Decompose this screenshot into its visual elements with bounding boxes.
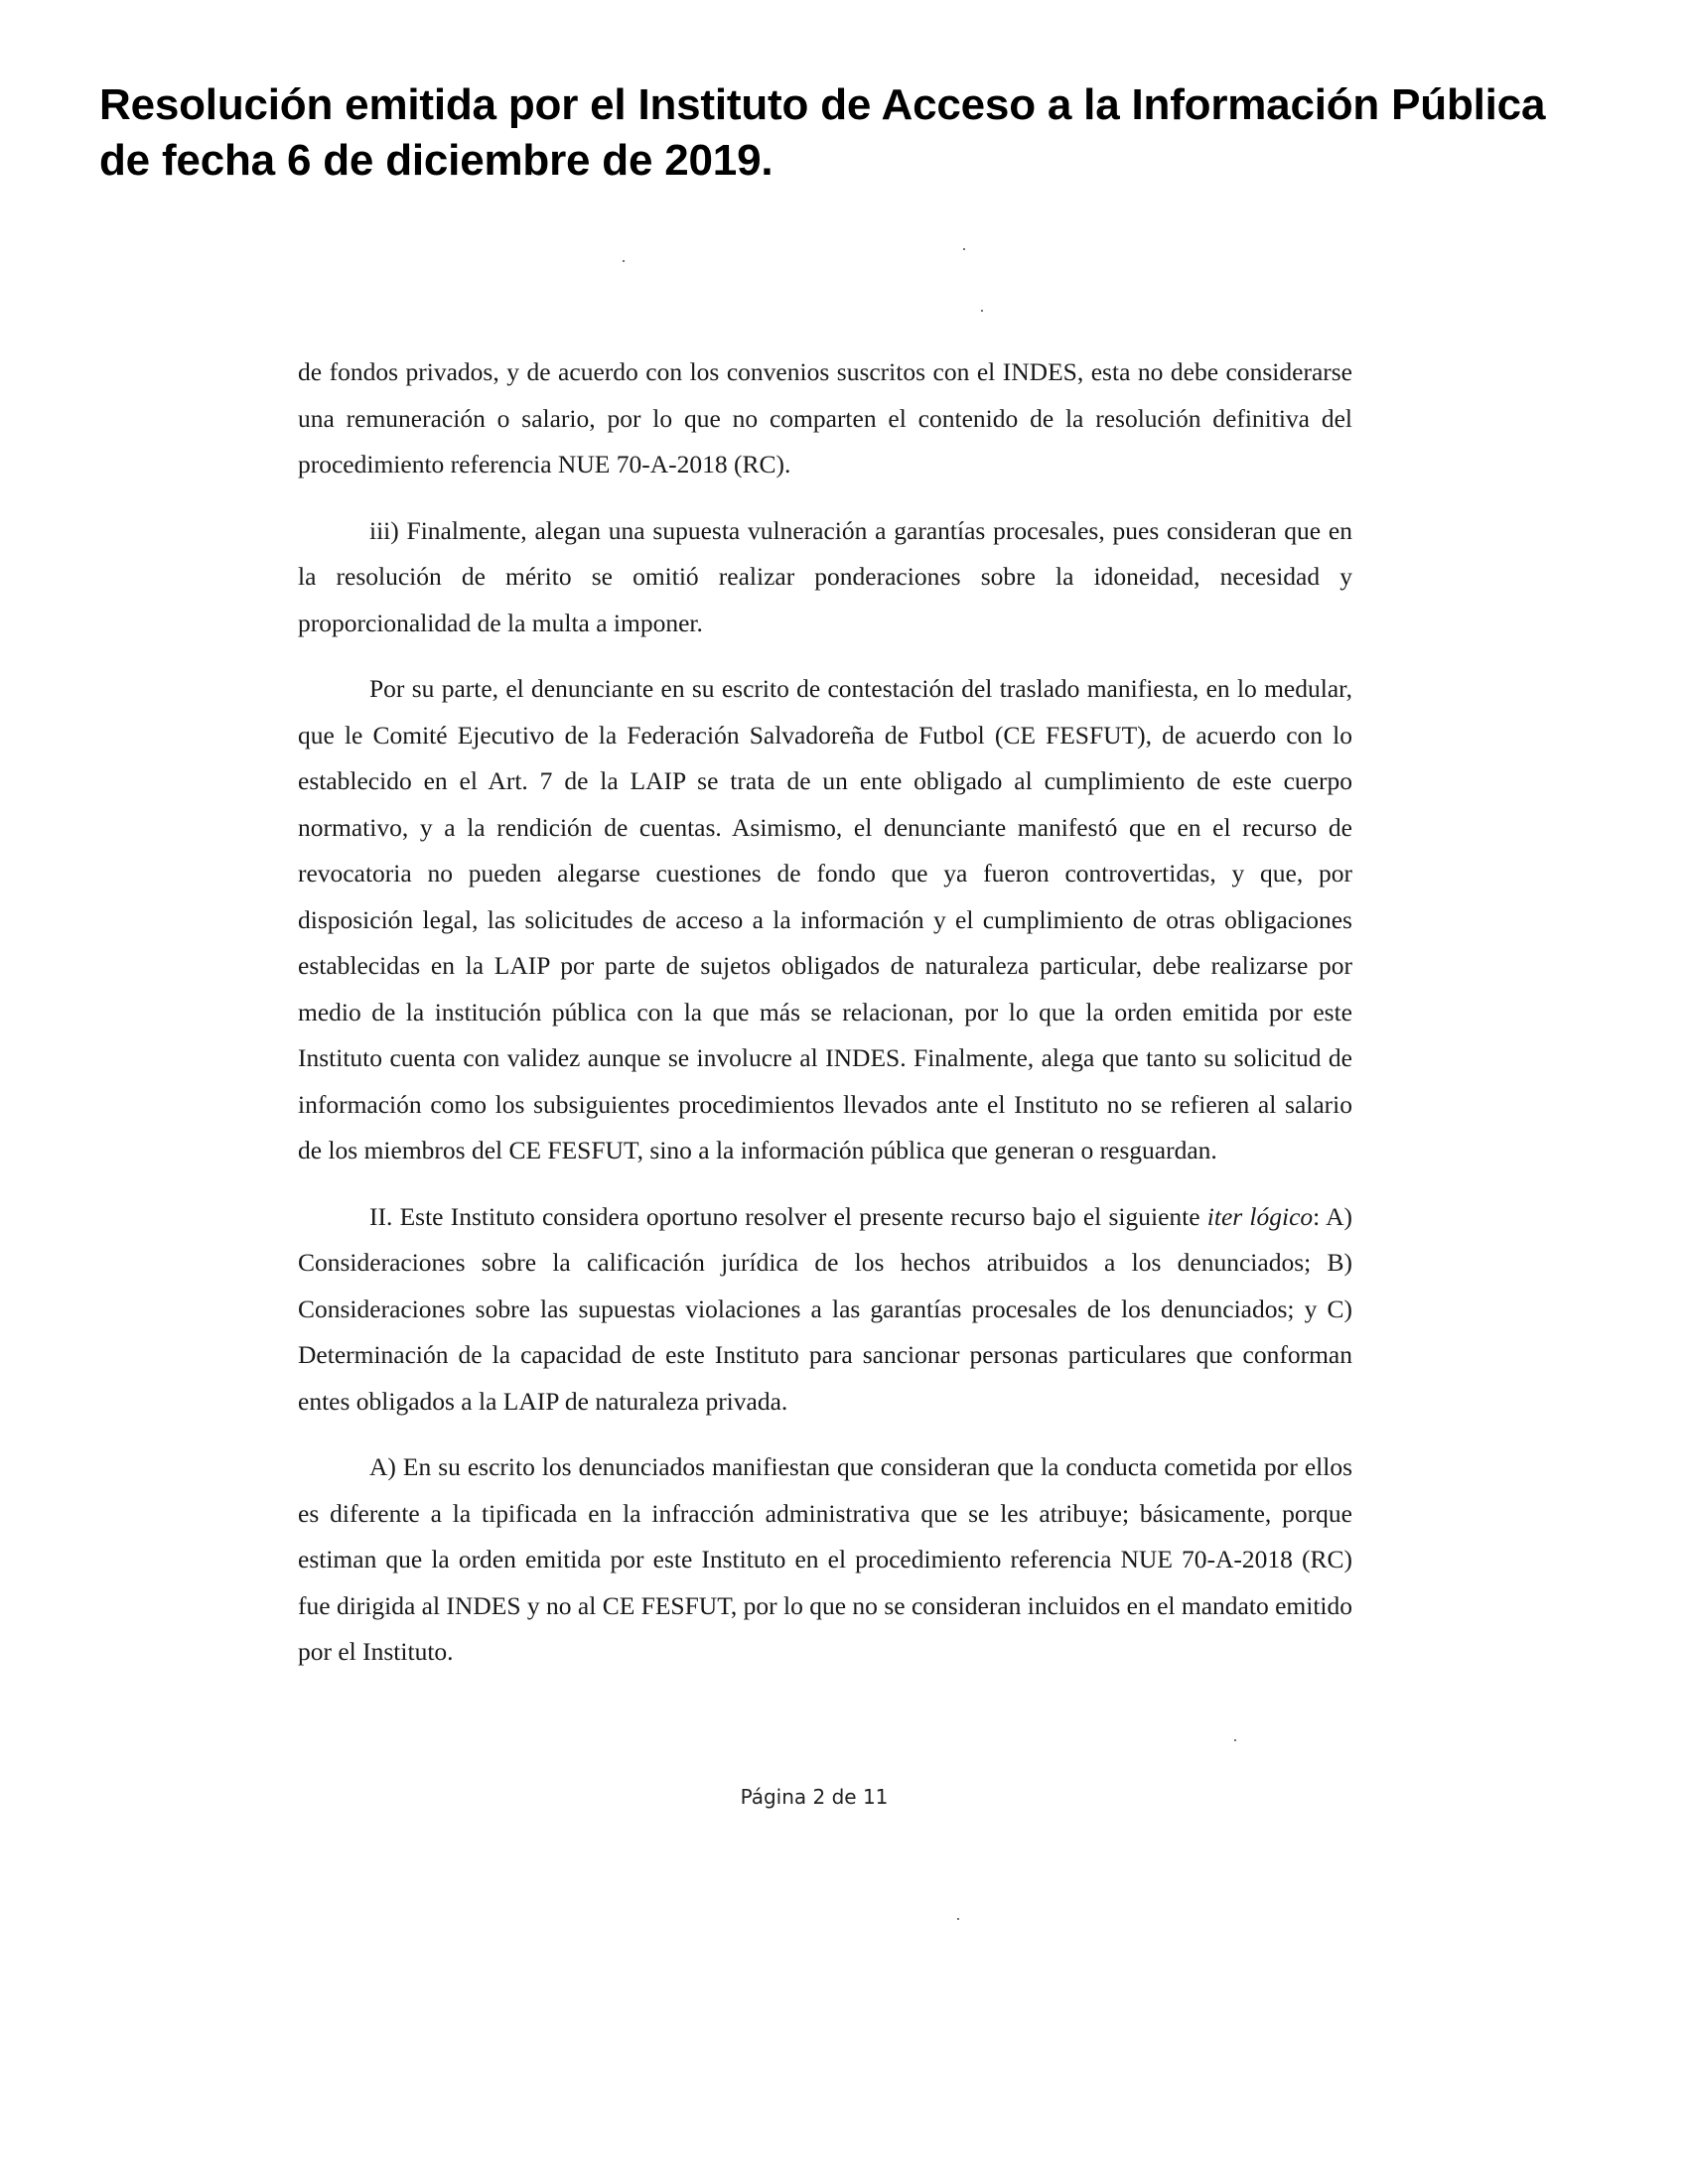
paragraph-ii-iter-logico: II. Este Instituto considera oportuno re… bbox=[298, 1194, 1352, 1426]
page-number-label: Página 2 de 11 bbox=[741, 1785, 889, 1809]
paragraph-iii-procedural-guarantees: iii) Finalmente, alegan una supuesta vul… bbox=[298, 508, 1352, 647]
scan-speck bbox=[623, 260, 625, 262]
paragraph-ii-text-start: II. Este Instituto considera oportuno re… bbox=[369, 1202, 1207, 1231]
document-body: de fondos privados, y de acuerdo con los… bbox=[298, 349, 1352, 1696]
scan-speck bbox=[981, 310, 983, 312]
paragraph-continuation: de fondos privados, y de acuerdo con los… bbox=[298, 349, 1352, 488]
paragraph-complainant-response: Por su parte, el denunciante en su escri… bbox=[298, 666, 1352, 1174]
document-title-line-2: de fecha 6 de diciembre de 2019. bbox=[99, 133, 1609, 189]
document-title-line-1: Resolución emitida por el Instituto de A… bbox=[99, 77, 1609, 133]
paragraph-ii-italic-term: iter lógico bbox=[1207, 1202, 1313, 1231]
page-number: Página 2 de 11 bbox=[0, 1785, 1688, 1809]
scan-speck bbox=[963, 248, 965, 250]
paragraph-ii-text-end: : A) Consideraciones sobre la calificaci… bbox=[298, 1202, 1352, 1416]
paragraph-a-considerations: A) En su escrito los denunciados manifie… bbox=[298, 1444, 1352, 1676]
scan-speck bbox=[1234, 1739, 1236, 1741]
scan-speck bbox=[957, 1918, 959, 1920]
document-title: Resolución emitida por el Instituto de A… bbox=[99, 77, 1609, 189]
